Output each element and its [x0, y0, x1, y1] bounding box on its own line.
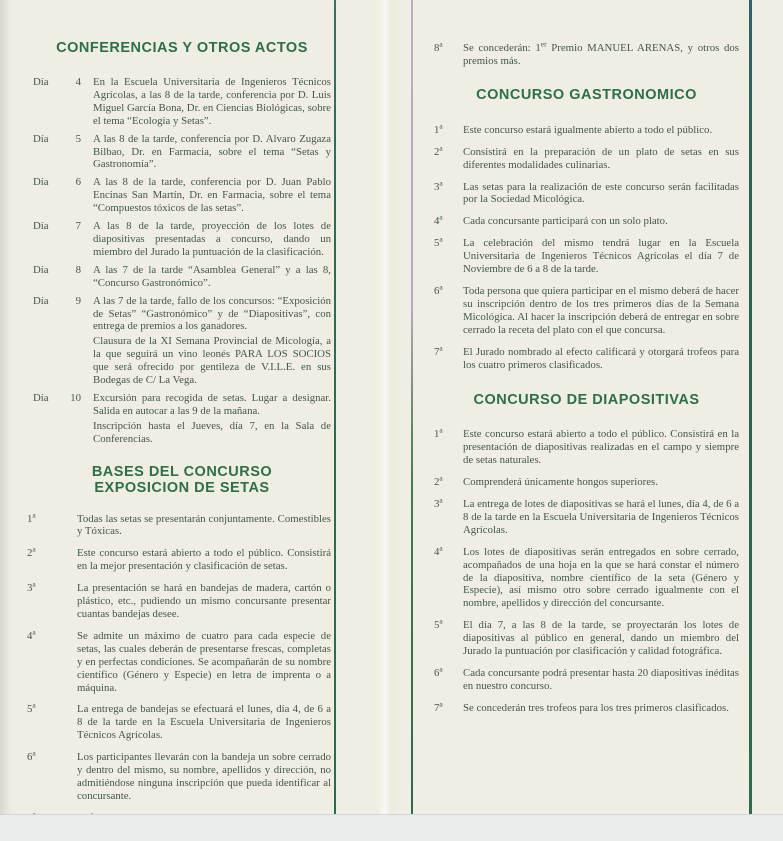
- day-marker: Día 5: [33, 133, 93, 172]
- day-marker: Día 10: [33, 392, 93, 446]
- ordinal-text: Este concurso estará abierto a todo el p…: [77, 547, 331, 573]
- day-number: 9: [76, 295, 93, 387]
- ordinal-text: Cada concursante participará con un solo…: [463, 215, 739, 228]
- ordinal-item: 5a La entrega de bandejas se efectuará e…: [27, 703, 331, 742]
- ordinal-marker: 8a: [434, 42, 463, 68]
- right-page-right-rule: [749, 0, 752, 815]
- ordinal-marker: 7a: [434, 346, 463, 372]
- ordinal-item: 2a Comprenderá únicamente hongos superio…: [434, 476, 739, 489]
- ordinal-text: La celebración del mismo tendrá lugar en…: [463, 237, 739, 276]
- ordinal-marker: 4a: [434, 215, 463, 228]
- ordinal-item: 6a Toda persona que quiera participar en…: [434, 285, 739, 337]
- ordinal-text: El Jurado nombrado al efecto calificará …: [463, 346, 739, 372]
- ordinal-text: La entrega de bandejas se efectuará el l…: [77, 703, 331, 742]
- bases-title-line1: BASES DEL CONCURSO: [33, 464, 331, 480]
- ordinal-text: Toda persona que quiera participar en el…: [463, 285, 739, 337]
- day-text: Excursión para recogida de setas. Lugar …: [93, 392, 331, 446]
- ordinal-text: La entrega de lotes de diapositivas se h…: [463, 498, 739, 537]
- bases-rule-list: 1a Todas las setas se presentarán conjun…: [33, 513, 331, 825]
- day-number: 4: [76, 76, 93, 128]
- ordinal-item: 4a Cada concursante participará con un s…: [434, 215, 739, 228]
- bases-continuation-list: 8a Se concederán: 1er Premio MANUEL AREN…: [434, 42, 739, 68]
- ordinal-item: 4a Se admite un máximo de cuatro para ca…: [27, 630, 331, 695]
- ordinal-marker: 3a: [434, 181, 463, 207]
- day-label: Día: [33, 133, 49, 172]
- ordinal-item: 6a Cada concursante podrá presentar hast…: [434, 667, 739, 693]
- day-marker: Día 4: [33, 76, 93, 128]
- ordinal-item: 7a Se concederán tres trofeos para los t…: [434, 702, 739, 715]
- paragraph: A las 7 de la tarde, fallo de los concur…: [93, 295, 331, 334]
- right-page: 8a Se concederán: 1er Premio MANUEL AREN…: [434, 0, 739, 724]
- ordinal-text: Consistirá en la preparación de un plato…: [463, 146, 739, 172]
- ordinal-item: 3a La presentación se hará en bandejas d…: [27, 582, 331, 621]
- ordinal-text: Se admite un máximo de cuatro para cada …: [77, 630, 331, 695]
- ordinal-marker: 5a: [434, 619, 463, 658]
- paragraph: A las 7 de la tarde “Asamblea General” y…: [93, 264, 331, 290]
- day-item: Día 9 A las 7 de la tarde, fallo de los …: [33, 295, 331, 387]
- day-label: Día: [33, 295, 49, 387]
- scanned-leaflet: CONFERENCIAS Y OTROS ACTOS Día 4 En la E…: [0, 0, 783, 841]
- ordinal-marker: 1a: [434, 124, 463, 137]
- ordinal-item: 1a Este concurso estará igualmente abier…: [434, 124, 739, 137]
- ordinal-item: 5a La celebración del mismo tendrá lugar…: [434, 237, 739, 276]
- day-label: Día: [33, 76, 49, 128]
- ordinal-text: Cada concursante podrá presentar hasta 2…: [463, 667, 739, 693]
- ordinal-marker: 7a: [434, 702, 463, 715]
- day-item: Día 5 A las 8 de la tarde, conferencia p…: [33, 133, 331, 172]
- ordinal-marker: 6a: [434, 667, 463, 693]
- ordinal-text: Se concederán: 1er Premio MANUEL ARENAS,…: [463, 42, 739, 68]
- day-text: A las 8 de la tarde, conferencia por D. …: [93, 133, 331, 172]
- ordinal-marker: 2a: [27, 547, 77, 573]
- right-page-left-rule: [411, 0, 413, 815]
- ordinal-marker: 3a: [434, 498, 463, 537]
- paragraph: Inscripción hasta el Jueves, día 7, en l…: [93, 420, 331, 446]
- ordinal-item: 3a Las setas para la realización de este…: [434, 181, 739, 207]
- ordinal-item: 4a Los lotes de diapositivas serán entre…: [434, 546, 739, 611]
- day-marker: Día 6: [33, 176, 93, 215]
- day-number: 5: [76, 133, 93, 172]
- gastronomico-title: CONCURSO GASTRONOMICO: [434, 87, 739, 103]
- ordinal-marker: 5a: [434, 237, 463, 276]
- ordinal-marker: 2a: [434, 476, 463, 489]
- day-item: Día 4 En la Escuela Universitaria de Ing…: [33, 76, 331, 128]
- bases-title-line2: EXPOSICION DE SETAS: [33, 480, 331, 496]
- paragraph: Excursión para recogida de setas. Lugar …: [93, 392, 331, 418]
- ordinal-marker: 4a: [27, 630, 77, 695]
- day-number: 7: [76, 220, 93, 259]
- ordinal-marker: 1a: [27, 513, 77, 539]
- day-number: 8: [76, 264, 93, 290]
- scan-bottom-margin: [0, 814, 783, 841]
- day-marker: Día 8: [33, 264, 93, 290]
- ordinal-item: 6a Los participantes llevarán con la ban…: [27, 751, 331, 803]
- ordinal-item: 5a El día 7, a las 8 de la tarde, se pro…: [434, 619, 739, 658]
- day-text: A las 8 de la tarde, proyección de los l…: [93, 220, 331, 259]
- ordinal-item: 8a Se concederán: 1er Premio MANUEL AREN…: [434, 42, 739, 68]
- day-text: A las 7 de la tarde, fallo de los concur…: [93, 295, 331, 387]
- diapositivas-rule-list: 1a Este concurso estará abierto a todo e…: [434, 428, 739, 714]
- day-item: Día 7 A las 8 de la tarde, proyección de…: [33, 220, 331, 259]
- day-text: A las 8 de la tarde, conferencia por D. …: [93, 176, 331, 215]
- day-label: Día: [33, 392, 49, 446]
- scan-edge-shadow: [0, 0, 12, 815]
- day-label: Día: [33, 220, 49, 259]
- day-item: Día 8 A las 7 de la tarde “Asamblea Gene…: [33, 264, 331, 290]
- ordinal-text: Se concederán tres trofeos para los tres…: [463, 702, 739, 715]
- paragraph: A las 8 de la tarde, conferencia por D. …: [93, 176, 331, 215]
- ordinal-item: 2a Este concurso estará abierto a todo e…: [27, 547, 331, 573]
- paragraph: Clausura de la XI Semana Provincial de M…: [93, 335, 331, 387]
- ordinal-marker: 6a: [27, 751, 77, 803]
- paragraph: A las 8 de la tarde, proyección de los l…: [93, 220, 331, 259]
- day-label: Día: [33, 264, 49, 290]
- ordinal-marker: 3a: [27, 582, 77, 621]
- ordinal-marker: 5a: [27, 703, 77, 742]
- ordinal-text: Este concurso estará abierto a todo el p…: [463, 428, 739, 467]
- ordinal-item: 1a Este concurso estará abierto a todo e…: [434, 428, 739, 467]
- ordinal-text: Este concurso estará igualmente abierto …: [463, 124, 739, 137]
- day-number: 10: [70, 392, 93, 446]
- left-page-right-rule: [334, 0, 336, 815]
- ordinal-item: 1a Todas las setas se presentarán conjun…: [27, 513, 331, 539]
- conferences-title: CONFERENCIAS Y OTROS ACTOS: [33, 40, 331, 56]
- ordinal-text: Comprenderá únicamente hongos superiores…: [463, 476, 739, 489]
- gastronomico-rule-list: 1a Este concurso estará igualmente abier…: [434, 124, 739, 372]
- ordinal-text: Todas las setas se presentarán conjuntam…: [77, 513, 331, 539]
- ordinal-marker: 4a: [434, 546, 463, 611]
- left-page: CONFERENCIAS Y OTROS ACTOS Día 4 En la E…: [33, 0, 331, 834]
- diapositivas-title: CONCURSO DE DIAPOSITIVAS: [434, 392, 739, 408]
- ordinal-marker: 6a: [434, 285, 463, 337]
- paper-crease: [378, 0, 398, 815]
- day-number: 6: [76, 176, 93, 215]
- ordinal-item: 2a Consistirá en la preparación de un pl…: [434, 146, 739, 172]
- day-label: Día: [33, 176, 49, 215]
- ordinal-marker: 2a: [434, 146, 463, 172]
- ordinal-text: Los participantes llevarán con la bandej…: [77, 751, 331, 803]
- paragraph: A las 8 de la tarde, conferencia por D. …: [93, 133, 331, 172]
- day-marker: Día 9: [33, 295, 93, 387]
- ordinal-item: 3a La entrega de lotes de diapositivas s…: [434, 498, 739, 537]
- day-item: Día 6 A las 8 de la tarde, conferencia p…: [33, 176, 331, 215]
- ordinal-text: Las setas para la realización de este co…: [463, 181, 739, 207]
- ordinal-text: Los lotes de diapositivas serán entregad…: [463, 546, 739, 611]
- day-text: A las 7 de la tarde “Asamblea General” y…: [93, 264, 331, 290]
- ordinal-text: La presentación se hará en bandejas de m…: [77, 582, 331, 621]
- paragraph: En la Escuela Universitaria de Ingeniero…: [93, 76, 331, 128]
- bases-title: BASES DEL CONCURSO EXPOSICION DE SETAS: [33, 464, 331, 496]
- ordinal-text: El día 7, a las 8 de la tarde, se proyec…: [463, 619, 739, 658]
- ordinal-marker: 1a: [434, 428, 463, 467]
- ordinal-item: 7a El Jurado nombrado al efecto califica…: [434, 346, 739, 372]
- day-item: Día 10 Excursión para recogida de setas.…: [33, 392, 331, 446]
- day-marker: Día 7: [33, 220, 93, 259]
- conference-day-list: Día 4 En la Escuela Universitaria de Ing…: [33, 76, 331, 446]
- day-text: En la Escuela Universitaria de Ingeniero…: [93, 76, 331, 128]
